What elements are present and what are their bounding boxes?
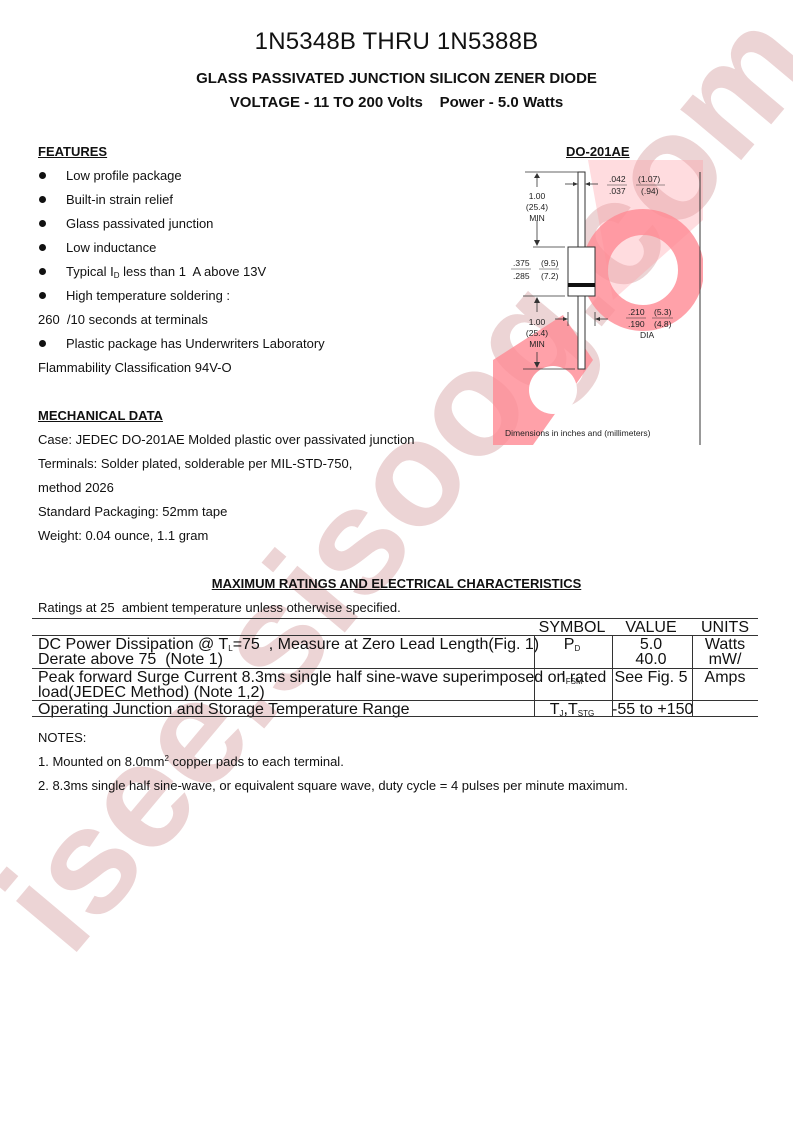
dim-lead-length-top-min: MIN	[529, 213, 545, 223]
bullet-icon	[39, 292, 46, 299]
ratings-intro: Ratings at 25 ambient temperature unless…	[38, 600, 401, 615]
watermark-text: isee.sisoog.com	[0, 0, 793, 981]
document-title: 1N5348B THRU 1N5388B	[0, 28, 793, 56]
bullet-icon	[39, 172, 46, 179]
row-power-symbol: PD	[534, 637, 610, 652]
note-2: 2. 8.3ms single half sine-wave, or equiv…	[38, 778, 628, 793]
feature-item: Flammability Classification 94V-O	[38, 360, 232, 375]
note-1: 1. Mounted on 8.0mm2 copper pads to each…	[38, 754, 344, 769]
row-power-desc: DC Power Dissipation @ TL=75 , Measure a…	[38, 637, 539, 652]
feature-item: Typical ID less than 1 A above 13V	[66, 264, 266, 279]
bullet-icon	[39, 268, 46, 275]
mechanical-line: Terminals: Solder plated, solderable per…	[38, 456, 352, 471]
dim-lead-dia-max-in: .042	[609, 174, 626, 184]
package-outline-diagram: 1.00 (25.4) MIN .042 .037 (1.07) (.94) .…	[493, 160, 703, 445]
dim-lead-length-top-mm: (25.4)	[526, 202, 548, 212]
dim-lead-dia-min-in: .037	[609, 186, 626, 196]
mechanical-heading: MECHANICAL DATA	[38, 408, 163, 423]
row-surge-unit: Amps	[692, 670, 758, 685]
row-power-derate-desc: Derate above 75 (Note 1)	[38, 652, 223, 667]
mechanical-line: Weight: 0.04 ounce, 1.1 gram	[38, 528, 208, 543]
row-surge-value: See Fig. 5	[612, 670, 690, 685]
dim-body-length-max-in: .375	[513, 258, 530, 268]
diagram-caption: Dimensions in inches and (millimeters)	[505, 428, 651, 438]
feature-item: Low inductance	[66, 240, 156, 255]
bullet-icon	[39, 220, 46, 227]
dim-body-dia-max-mm: (5.3)	[654, 307, 672, 317]
col-header-symbol: SYMBOL	[534, 620, 610, 635]
notes-heading: NOTES:	[38, 730, 86, 745]
dim-body-dia-min-in: .190	[628, 319, 645, 329]
row-surge-desc: Peak forward Surge Current 8.3ms single …	[38, 670, 606, 685]
ratings-heading: MAXIMUM RATINGS AND ELECTRICAL CHARACTER…	[0, 576, 793, 591]
dim-lead-dia-max-mm: (1.07)	[638, 174, 660, 184]
row-temp-symbol: TJ,TSTG	[534, 702, 610, 717]
dim-dia-label: DIA	[640, 330, 655, 340]
row-power-derate-value: 40.0	[612, 652, 690, 667]
dim-body-length-max-mm: (9.5)	[541, 258, 559, 268]
row-surge-symbol: IFSM	[534, 670, 610, 685]
feature-item: Plastic package has Underwriters Laborat…	[66, 336, 325, 351]
feature-item: 260 /10 seconds at terminals	[38, 312, 208, 327]
dim-body-length-min-mm: (7.2)	[541, 271, 559, 281]
feature-item: High temperature soldering :	[66, 288, 230, 303]
mechanical-line: method 2026	[38, 480, 114, 495]
row-power-derate-unit: mW/	[692, 652, 758, 667]
dim-lead-length-bottom-in: 1.00	[529, 317, 546, 327]
dim-body-dia-max-in: .210	[628, 307, 645, 317]
mechanical-line: Standard Packaging: 52mm tape	[38, 504, 227, 519]
feature-item: Glass passivated junction	[66, 216, 213, 231]
dim-body-length-min-in: .285	[513, 271, 530, 281]
feature-item: Built-in strain relief	[66, 192, 173, 207]
row-surge-desc-cont: load(JEDEC Method) (Note 1,2)	[38, 685, 265, 700]
row-temp-desc: Operating Junction and Storage Temperatu…	[38, 702, 410, 717]
feature-item: Low profile package	[66, 168, 182, 183]
package-heading: DO-201AE	[566, 144, 630, 159]
dim-lead-length-bottom-mm: (25.4)	[526, 328, 548, 338]
dim-lead-length-top-in: 1.00	[529, 191, 546, 201]
bullet-icon	[39, 244, 46, 251]
dim-body-dia-min-mm: (4.8)	[654, 319, 672, 329]
voltage-range: VOLTAGE - 11 TO 200 Volts	[230, 94, 423, 111]
bullet-icon	[39, 196, 46, 203]
dim-lead-dia-min-mm: (.94)	[641, 186, 659, 196]
mechanical-line: Case: JEDEC DO-201AE Molded plastic over…	[38, 432, 414, 447]
dim-lead-length-bottom-min: MIN	[529, 339, 545, 349]
bullet-icon	[39, 340, 46, 347]
document-subtitle: GLASS PASSIVATED JUNCTION SILICON ZENER …	[0, 70, 793, 87]
row-power-value: 5.0	[612, 637, 690, 652]
col-header-units: UNITS	[692, 620, 758, 635]
row-temp-value: -55 to +150	[612, 702, 690, 717]
voltage-power-line: VOLTAGE - 11 TO 200 Volts Power - 5.0 Wa…	[0, 94, 793, 111]
features-heading: FEATURES	[38, 144, 107, 159]
row-power-unit: Watts	[692, 637, 758, 652]
col-header-value: VALUE	[612, 620, 690, 635]
power-rating: Power - 5.0 Watts	[440, 94, 564, 111]
